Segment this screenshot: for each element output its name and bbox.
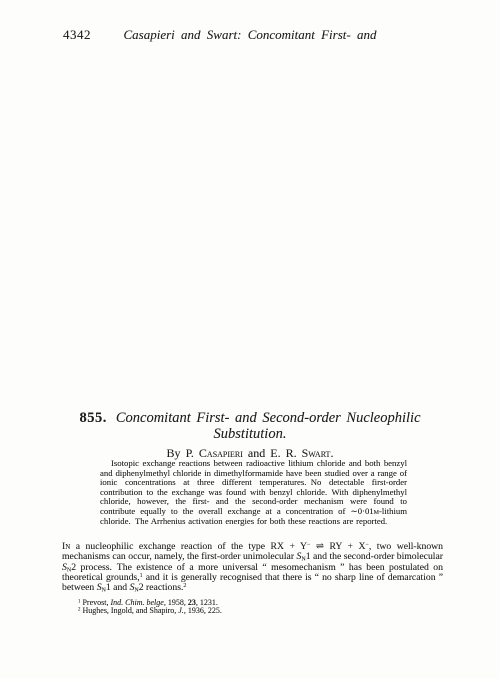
journal-page: 4342 Casapieri and Swart: Concomitant Fi… [0, 0, 500, 679]
page-header: 4342 Casapieri and Swart: Concomitant Fi… [0, 27, 500, 43]
page-number: 4342 [63, 27, 91, 43]
article-title-line1: 855.Concomitant First- and Second-order … [0, 410, 500, 426]
article-title-line2: Substitution. [0, 426, 500, 442]
article-number: 855. [79, 410, 106, 426]
abstract-paragraph: Isotopic exchange reactions between radi… [100, 459, 407, 526]
article-title-block: 855.Concomitant First- and Second-order … [0, 410, 500, 461]
footnote-2: 2 Hughes, Ingold, and Shapiro, J., 1936,… [78, 607, 408, 615]
article-title-text: Concomitant First- and Second-order Nucl… [116, 410, 421, 426]
footnotes-block: 1 Prevost, Ind. Chim. belge, 1958, 23, 1… [78, 599, 408, 616]
body-paragraph: In a nucleophilic exchange reaction of t… [62, 542, 443, 593]
